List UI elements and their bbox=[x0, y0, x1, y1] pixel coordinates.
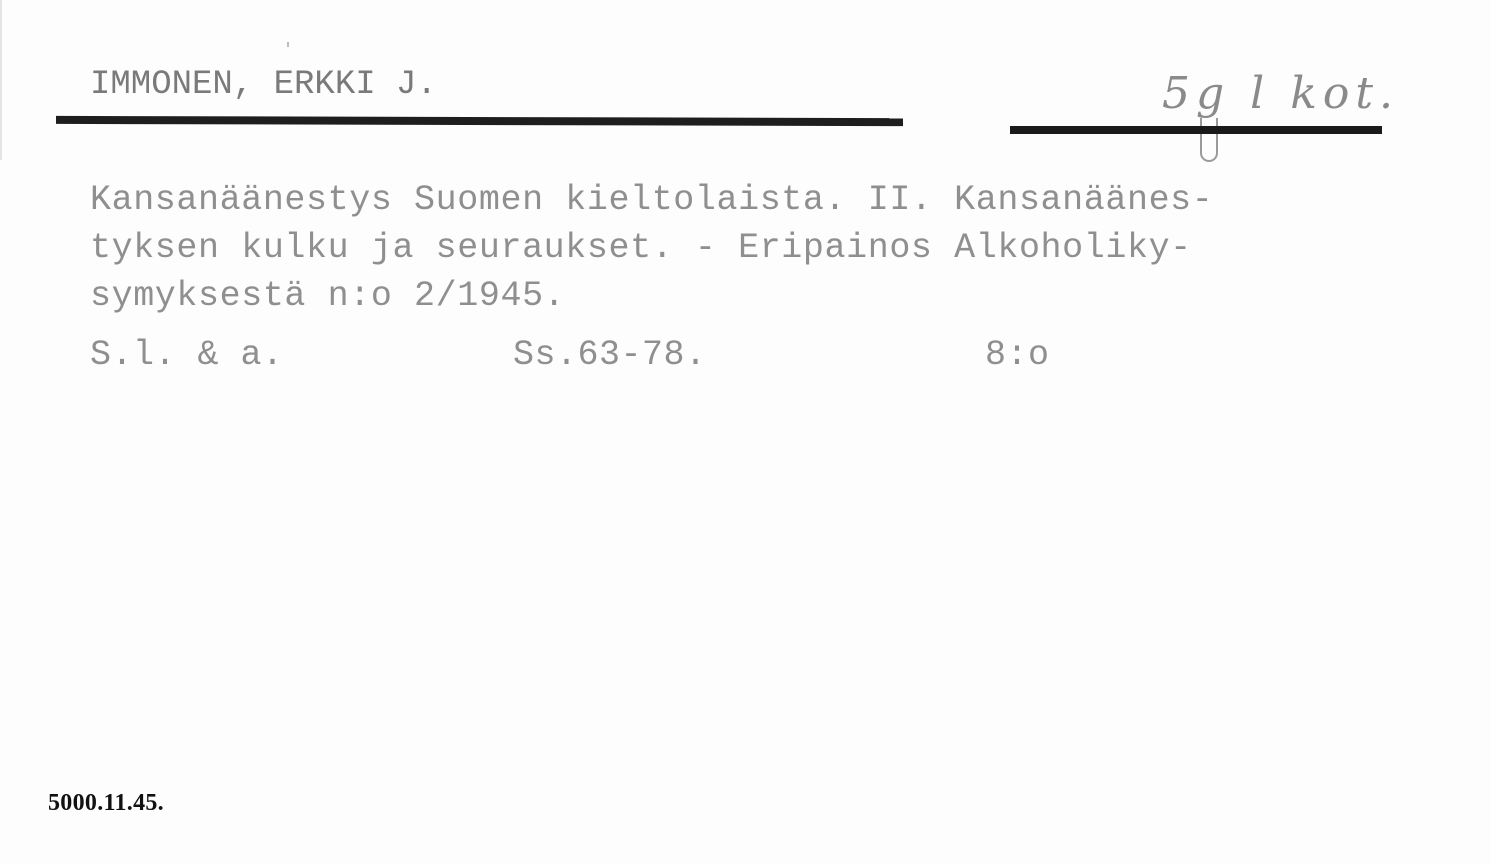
title-line-3: symyksestä n:o 2/1945. bbox=[90, 276, 565, 316]
imprint-place-date: S.l. & a. bbox=[90, 335, 284, 375]
imprint-format: 8:o bbox=[985, 335, 1050, 375]
ink-speck bbox=[287, 42, 289, 47]
print-code: 5000.11.45. bbox=[48, 790, 164, 817]
shelf-mark-descender bbox=[1200, 118, 1218, 162]
author-heading: IMMONEN, ERKKI J. bbox=[90, 66, 437, 104]
card-left-edge bbox=[0, 0, 2, 160]
shelf-mark-rule bbox=[1010, 126, 1382, 134]
heading-rule bbox=[56, 116, 903, 126]
title-line-2: tyksen kulku ja seuraukset. - Eripainos … bbox=[90, 228, 1192, 268]
shelf-mark: 5g l kot. bbox=[1162, 68, 1399, 119]
title-line-1: Kansanäänestys Suomen kieltolaista. II. … bbox=[90, 180, 1213, 220]
imprint-pages: Ss.63-78. bbox=[513, 335, 707, 375]
